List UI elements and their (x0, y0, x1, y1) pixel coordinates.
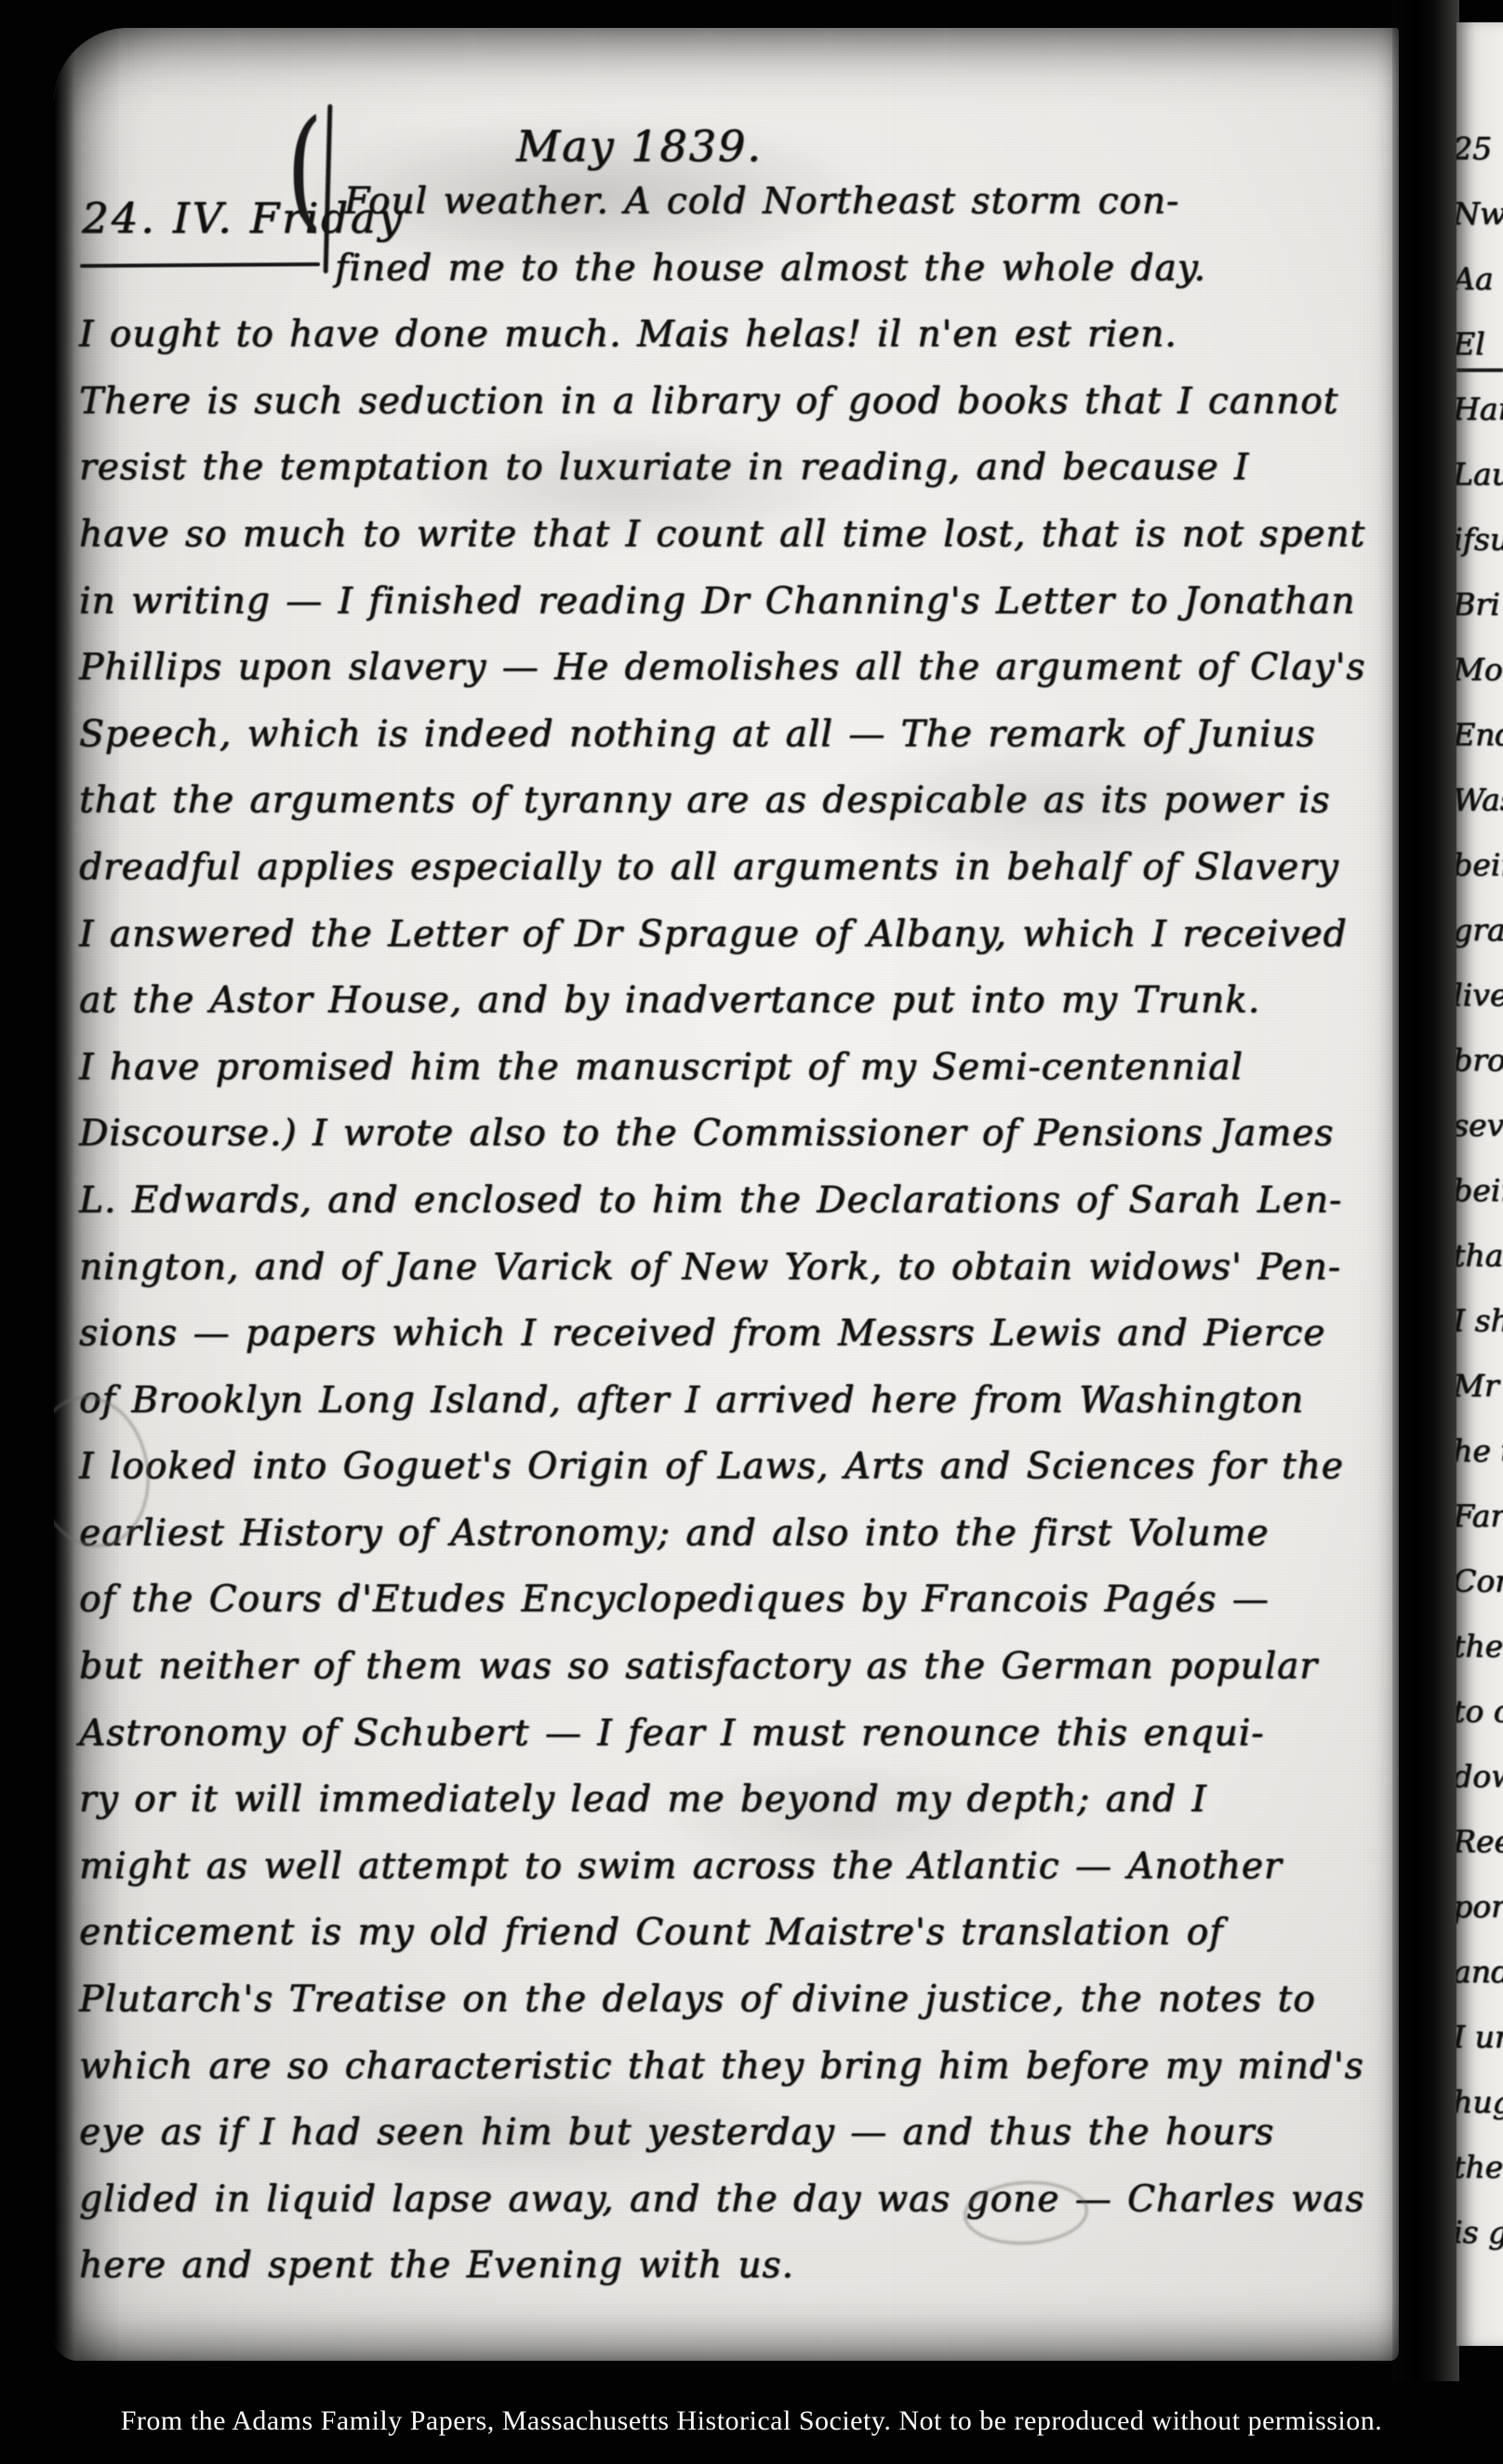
facing-page-fragment: 25 (1456, 116, 1503, 181)
facing-page-fragment: I sho (1456, 1288, 1503, 1353)
facing-page-fragment: Bri (1456, 572, 1503, 637)
diary-line: Discourse.) I wrote also to the Commissi… (79, 1100, 1399, 1167)
diary-line: dreadful applies especially to all argum… (79, 834, 1399, 901)
facing-page-fragment: Nw (1456, 181, 1503, 246)
diary-scan: May 1839. 24. IV. Friday ( Foul weather.… (0, 0, 1503, 2464)
facing-page-fragment: I un (1456, 2004, 1503, 2070)
diary-line: Foul weather. A cold Northeast storm con… (344, 168, 1399, 235)
facing-page-fragment: he th (1456, 1418, 1503, 1484)
facing-page-fragment: the A (1456, 2135, 1503, 2200)
book-gutter-shadow (1392, 0, 1459, 2381)
diary-line: Astronomy of Schubert — I fear I must re… (79, 1700, 1399, 1767)
facing-page-fragment: to co (1456, 1679, 1503, 1744)
diary-line: of the Cours d'Etudes Encyclopediques by… (79, 1566, 1399, 1633)
facing-page-fragment: Mou (1456, 637, 1503, 702)
facing-page-fragment: Was (1456, 767, 1503, 832)
diary-line: I looked into Goguet's Origin of Laws, A… (79, 1433, 1399, 1500)
diary-line: in writing — I finished reading Dr Chann… (79, 568, 1399, 635)
facing-page-fragment: End (1456, 702, 1503, 767)
diary-line: that the arguments of tyranny are as des… (79, 767, 1399, 834)
diary-line: of Brooklyn Long Island, after I arrived… (79, 1367, 1399, 1434)
manuscript-page: May 1839. 24. IV. Friday ( Foul weather.… (54, 28, 1399, 2361)
facing-page-fragment: huga (1456, 2070, 1503, 2135)
facing-page-fragment: Cong (1456, 1549, 1503, 1614)
diary-line: nington, and of Jane Varick of New York,… (79, 1234, 1399, 1301)
diary-body: Foul weather. A cold Northeast storm con… (79, 168, 1399, 2299)
diary-line: glided in liquid lapse away, and the day… (79, 2166, 1399, 2233)
diary-line: fined me to the house almost the whole d… (335, 235, 1399, 302)
facing-page-fragment: porch (1456, 1874, 1503, 1939)
facing-page-fragment: Har (1456, 377, 1503, 442)
facing-page-fragments: 25NwAaElHarLauifsuBriMouEndWasbeingrasli… (1456, 116, 1503, 2265)
facing-page-fragment: bein (1456, 1158, 1503, 1223)
diary-line: I answered the Letter of Dr Sprague of A… (79, 901, 1399, 968)
facing-page-fragment: bein (1456, 832, 1503, 898)
diary-line: There is such seduction in a library of … (79, 368, 1399, 435)
facing-page-fragment: Aa (1456, 246, 1503, 312)
diary-line: Phillips upon slavery — He demolishes al… (79, 634, 1399, 701)
facing-page-fragment: down (1456, 1744, 1503, 1809)
facing-page-fragment: Mr 3 (1456, 1353, 1503, 1418)
facing-page-fragment: live (1456, 963, 1503, 1028)
facing-page-fragment: Farm (1456, 1484, 1503, 1549)
facing-page-fragment: the d (1456, 1614, 1503, 1679)
book-spine-edge (54, 28, 82, 2361)
archive-caption: From the Adams Family Papers, Massachuse… (0, 2405, 1503, 2437)
diary-line: at the Astor House, and by inadvertance … (79, 967, 1399, 1034)
diary-line: might as well attempt to swim across the… (79, 1833, 1399, 1900)
diary-line: I ought to have done much. Mais helas! i… (79, 301, 1399, 368)
diary-line: resist the temptation to luxuriate in re… (79, 434, 1399, 501)
diary-line: I have promised him the manuscript of my… (79, 1034, 1399, 1101)
facing-page-edge: 25NwAaElHarLauifsuBriMouEndWasbeingrasli… (1456, 22, 1503, 2346)
diary-line: sions — papers which I received from Mes… (79, 1300, 1399, 1367)
diary-line: earliest History of Astronomy; and also … (79, 1500, 1399, 1567)
facing-page-fragment: gras (1456, 898, 1503, 963)
facing-page-fragment: El (1456, 312, 1503, 377)
facing-page-fragment: Lau (1456, 442, 1503, 507)
facing-page-fragment: ifsu (1456, 507, 1503, 572)
diary-line: enticement is my old friend Count Maistr… (79, 1899, 1399, 1966)
facing-page-fragment: seve (1456, 1093, 1503, 1158)
facing-page-fragment: is gon (1456, 2200, 1503, 2265)
diary-line: Speech, which is indeed nothing at all —… (79, 701, 1399, 768)
diary-line: but neither of them was so satisfactory … (79, 1633, 1399, 1700)
facing-page-fragment: that (1456, 1223, 1503, 1288)
diary-line: here and spent the Evening with us. (79, 2232, 1399, 2299)
diary-line: have so much to write that I count all t… (79, 501, 1399, 568)
facing-page-fragment: Reel (1456, 1809, 1503, 1874)
diary-line: which are so characteristic that they br… (79, 2033, 1399, 2100)
facing-page-fragment: and th (1456, 1939, 1503, 2004)
diary-line: Plutarch's Treatise on the delays of div… (79, 1966, 1399, 2033)
diary-line: L. Edwards, and enclosed to him the Decl… (79, 1167, 1399, 1234)
diary-line: ry or it will immediately lead me beyond… (79, 1766, 1399, 1833)
page-header-date: May 1839. (516, 121, 763, 171)
facing-page-fragment: brok (1456, 1028, 1503, 1093)
diary-line: eye as if I had seen him but yesterday —… (79, 2099, 1399, 2166)
